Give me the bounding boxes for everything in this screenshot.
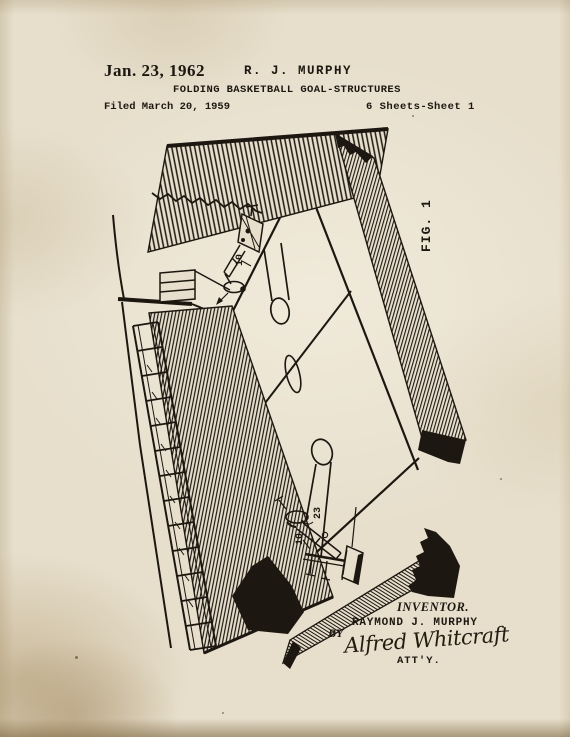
ref-numeral-bottom-goal-rim: 23 <box>313 507 324 519</box>
paper-speck <box>75 656 78 659</box>
attorney-caption: ATT'Y. <box>397 655 441 667</box>
patent-page: Jan. 23, 1962 R. J. MURPHY FOLDING BASKE… <box>0 0 570 737</box>
bleachers-left <box>149 306 333 653</box>
inventor-caption: INVENTOR. <box>397 600 469 615</box>
center-circle <box>282 354 304 394</box>
paper-speck <box>412 115 414 117</box>
paper-speck <box>500 478 502 480</box>
bleachers-right <box>335 133 466 464</box>
by-label: BY <box>328 626 343 641</box>
ref-numeral-top-goal: 10 <box>235 254 246 266</box>
ref-numeral-bottom-goal-arm: 10 <box>295 533 306 545</box>
paper-speck <box>222 712 224 714</box>
free-throw-lane-top <box>264 243 292 326</box>
figure-label: FIG. 1 <box>419 199 434 252</box>
wall-steps <box>160 270 195 302</box>
